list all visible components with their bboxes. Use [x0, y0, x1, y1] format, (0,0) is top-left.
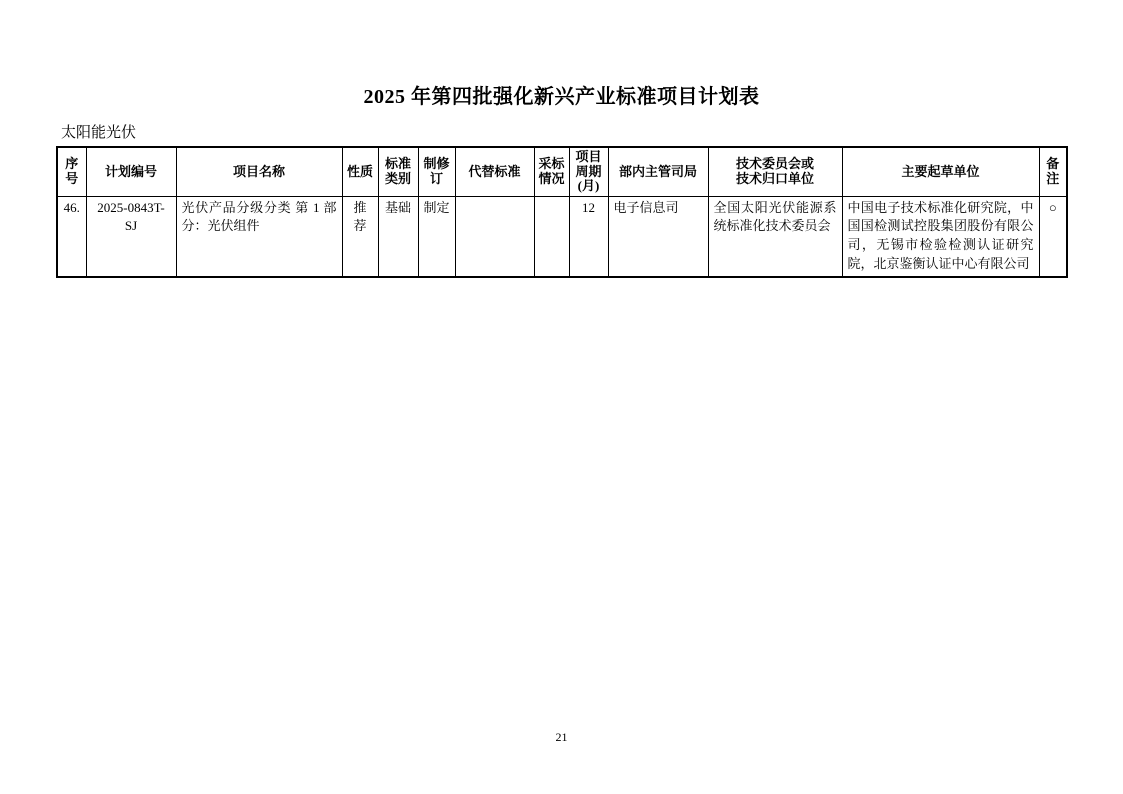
- header-remark: 备 注: [1039, 147, 1067, 196]
- header-adoption-status: 采标 情况: [534, 147, 569, 196]
- cell-plan-no: 2025-0843T-SJ: [86, 196, 176, 277]
- cell-drafting-units: 中国电子技术标准化研究院，中国国检测试控股集团股份有限公司，无锡市检验检测认证研…: [842, 196, 1039, 277]
- header-nature: 性质: [342, 147, 378, 196]
- header-replaced-standard: 代替标准: [455, 147, 534, 196]
- cell-period-months: 12: [569, 196, 608, 277]
- cell-nature: 推荐: [342, 196, 378, 277]
- cell-revise: 制定: [418, 196, 455, 277]
- section-label: 太阳能光伏: [61, 121, 136, 142]
- header-revise: 制修 订: [418, 147, 455, 196]
- header-seq: 序 号: [57, 147, 86, 196]
- cell-remark: ○: [1039, 196, 1067, 277]
- header-category: 标准 类别: [378, 147, 418, 196]
- header-committee: 技术委员会或 技术归口单位: [708, 147, 842, 196]
- document-page: { "page": { "title": "2025 年第四批强化新兴产业标准项…: [0, 0, 1123, 794]
- header-drafting-units: 主要起草单位: [842, 147, 1039, 196]
- header-plan-no: 计划编号: [86, 147, 176, 196]
- cell-category: 基础: [378, 196, 418, 277]
- cell-dept: 电子信息司: [608, 196, 708, 277]
- header-period-months: 项目 周期 (月): [569, 147, 608, 196]
- cell-project-name: 光伏产品分级分类 第 1 部分：光伏组件: [176, 196, 342, 277]
- standards-plan-table: 序 号 计划编号 项目名称 性质 标准 类别 制修 订 代替标准 采标 情况 项…: [56, 146, 1068, 278]
- cell-adoption-status: [534, 196, 569, 277]
- cell-seq: 46.: [57, 196, 86, 277]
- table-header-row: 序 号 计划编号 项目名称 性质 标准 类别 制修 订 代替标准 采标 情况 项…: [57, 147, 1067, 196]
- page-title: 2025 年第四批强化新兴产业标准项目计划表: [0, 80, 1123, 109]
- cell-replaced-standard: [455, 196, 534, 277]
- table-row: 46. 2025-0843T-SJ 光伏产品分级分类 第 1 部分：光伏组件 推…: [57, 196, 1067, 277]
- header-project-name: 项目名称: [176, 147, 342, 196]
- cell-committee: 全国太阳光伏能源系统标准化技术委员会: [708, 196, 842, 277]
- page-number: 21: [0, 730, 1123, 745]
- header-dept: 部内主管司局: [608, 147, 708, 196]
